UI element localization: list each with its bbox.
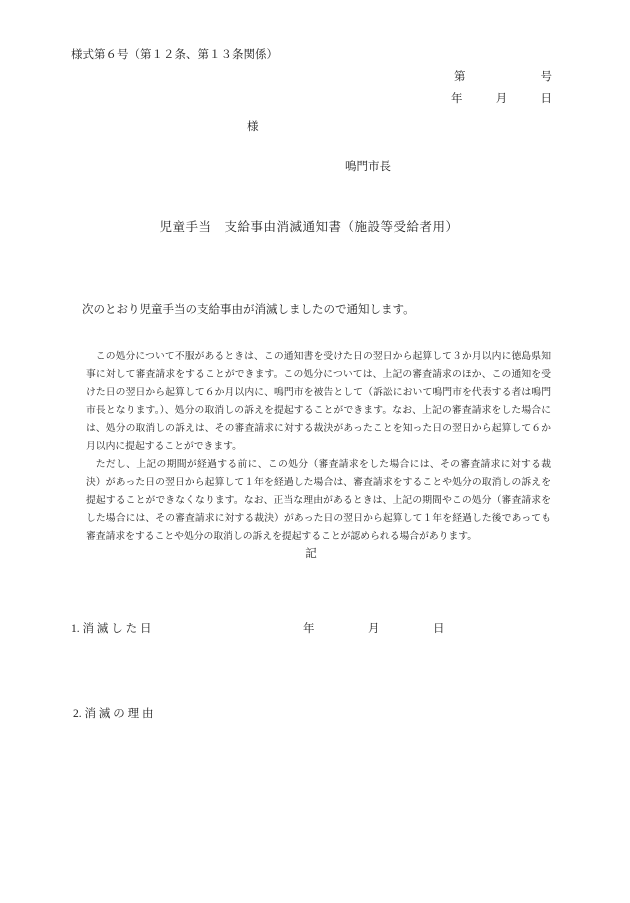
date-month-label: 月: [496, 92, 508, 106]
extinction-date-day-label: 日: [433, 622, 445, 636]
document-title: 児童手当 支給事由消滅通知書（施設等受給者用）: [0, 220, 618, 236]
extinction-date-month-label: 月: [368, 622, 380, 636]
form-number: 様式第６号（第１２条、第１３条関係）: [71, 48, 278, 62]
item-extinction-date-label: 1. 消 滅 し た 日: [71, 622, 152, 636]
issue-date-line: 年 月 日: [451, 92, 552, 106]
item-extinction-reason-label: 2. 消 滅 の 理 由: [73, 707, 154, 721]
issuer-name: 鳴門市長: [345, 160, 391, 174]
extinction-date-year-label: 年: [303, 622, 315, 636]
date-day-label: 日: [541, 92, 553, 106]
document-number-line: 第 号: [454, 70, 552, 84]
lead-sentence: 次のとおり児童手当の支給事由が消滅しましたので通知します。: [82, 303, 415, 317]
document-number-prefix: 第: [454, 70, 466, 84]
appeal-paragraph-2: ただし、上記の期間が経過する前に、この処分（審査請求をした場合には、その審査請求…: [86, 456, 551, 546]
document-page: 様式第６号（第１２条、第１３条関係） 第 号 年 月 日 様 鳴門市長 児童手当…: [0, 0, 630, 903]
addressee-honorific: 様: [247, 120, 259, 134]
record-marker: 記: [0, 547, 622, 561]
appeal-paragraph-1: この処分について不服があるときは、この通知書を受けた日の翌日から起算して３か月以…: [86, 348, 551, 456]
document-number-suffix: 号: [541, 70, 553, 84]
appeal-notice: この処分について不服があるときは、この通知書を受けた日の翌日から起算して３か月以…: [86, 348, 551, 546]
date-year-label: 年: [451, 92, 463, 106]
